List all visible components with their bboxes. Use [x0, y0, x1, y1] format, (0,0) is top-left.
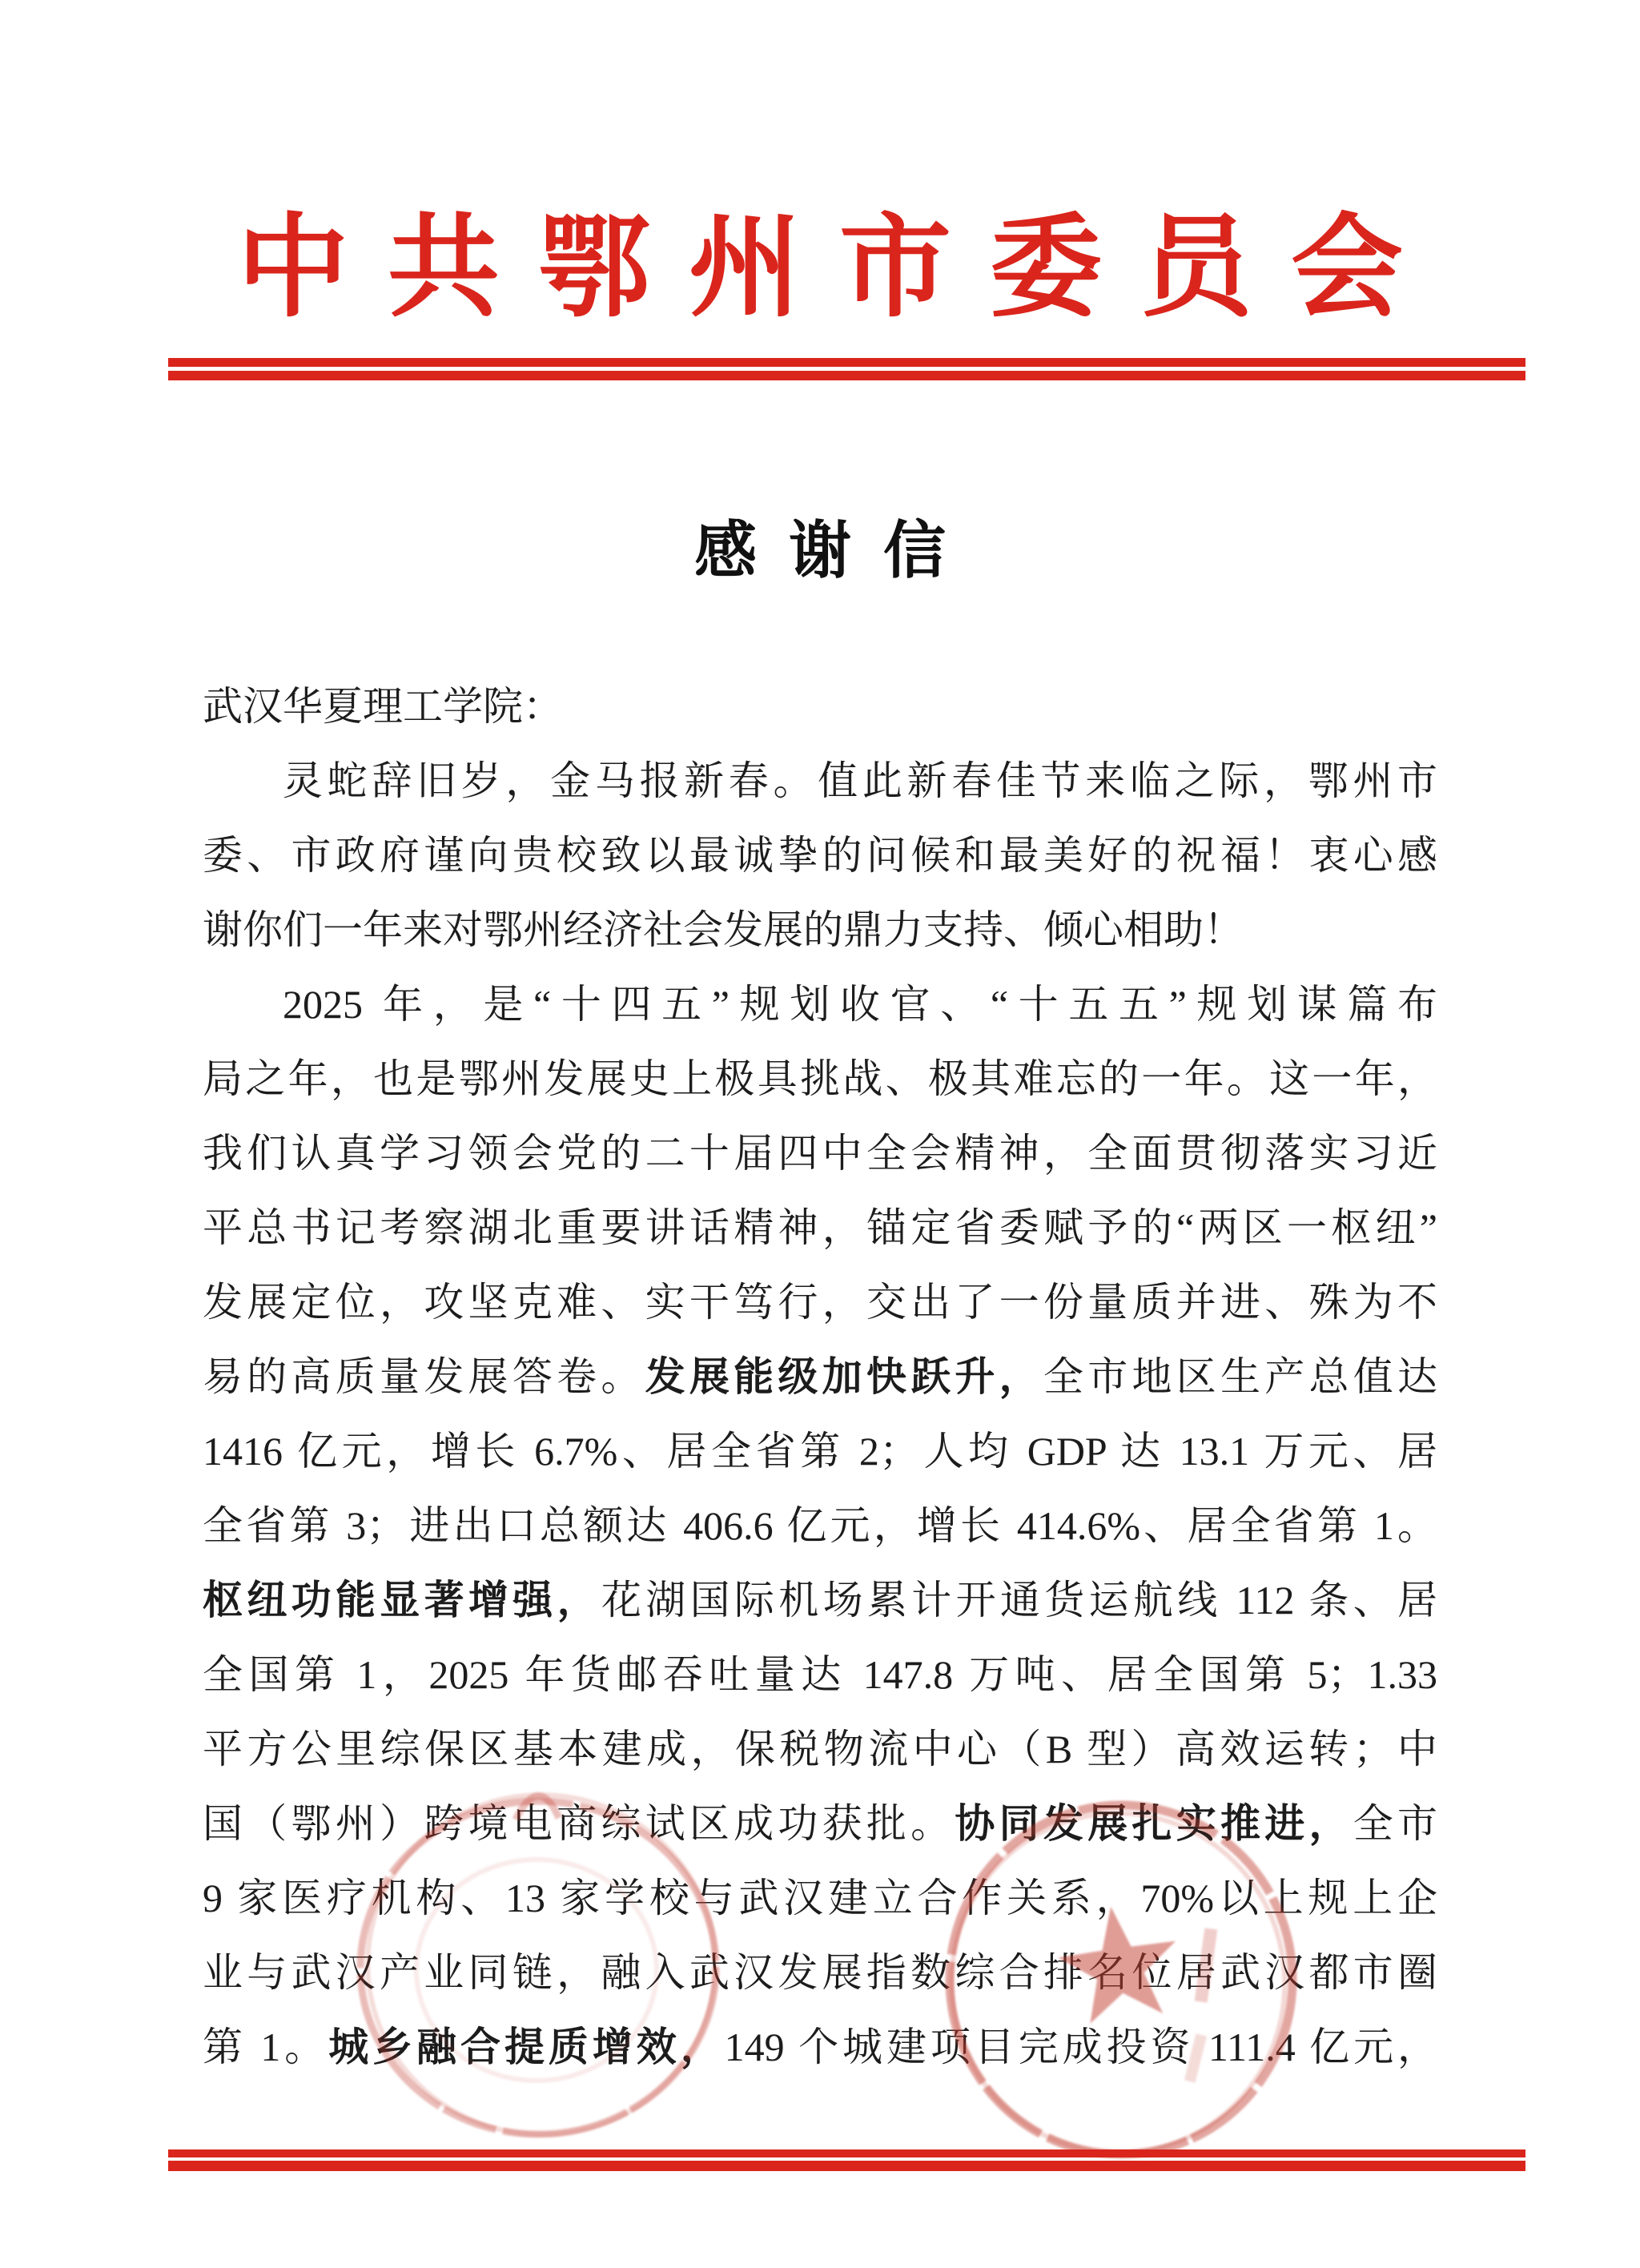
- text-run: 平总书记考察湖北重要讲话精神，锚定省委赋予的“两区一枢纽”: [203, 1205, 1437, 1250]
- text-run: 谢你们一年来对鄂州经济社会发展的鼎力支持、倾心相助！: [203, 907, 1244, 952]
- body-line: 全国第 1，2025 年货邮吞吐量达 147.8 万吨、居全国第 5；1.33: [203, 1638, 1437, 1712]
- scanned-letter-page: 中共鄂州市委员会 感谢信 武汉华夏理工学院：灵蛇辞旧岁，金马报新春。值此新春佳节…: [0, 0, 1640, 2268]
- rule-line-upper: [168, 2149, 1525, 2157]
- bold-run: 发展能级加快跃升，: [645, 1354, 1043, 1399]
- body-line: 全省第 3；进出口总额达 406.6 亿元，增长 414.6%、居全省第 1。: [203, 1489, 1437, 1563]
- body-line: 发展定位，攻坚克难、实干笃行，交出了一份量质并进、殊为不: [203, 1265, 1437, 1340]
- text-run: 全省第 3；进出口总额达 406.6 亿元，增长 414.6%、居全省第 1。: [203, 1503, 1437, 1548]
- text-run: 易的高质量发展答卷。: [203, 1354, 645, 1399]
- body-line: 我们认真学习领会党的二十届四中全会精神，全面贯彻落实习近: [203, 1116, 1437, 1191]
- text-run: 发展定位，攻坚克难、实干笃行，交出了一份量质并进、殊为不: [203, 1280, 1437, 1325]
- text-run: 全国第 1，2025 年货邮吞吐量达 147.8 万吨、居全国第 5；1.33: [203, 1652, 1437, 1697]
- letterhead-org-name: 中共鄂州市委员会: [0, 207, 1640, 332]
- text-run: 灵蛇辞旧岁，金马报新春。值此新春佳节来临之际，鄂州市: [283, 758, 1437, 803]
- text-run: 全市: [1353, 1801, 1437, 1846]
- text-run: 武汉华夏理工学院：: [203, 684, 563, 729]
- text-run: 全市地区生产总值达: [1043, 1354, 1437, 1399]
- rule-line-upper: [168, 358, 1525, 367]
- body-line: 委、市政府谨向贵校致以最诚挚的问候和最美好的祝福！衷心感: [203, 818, 1437, 893]
- text-run: 花湖国际机场累计开通货运航线 112 条、居: [601, 1578, 1437, 1623]
- round-official-seal-star-icon: [935, 1794, 1312, 2170]
- body-line: 平总书记考察湖北重要讲话精神，锚定省委赋予的“两区一枢纽”: [203, 1191, 1437, 1265]
- text-run: 2025 年，是“十四五”规划收官、“十五五”规划谋篇布: [283, 982, 1437, 1027]
- body-line: 1416 亿元，增长 6.7%、居全省第 2；人均 GDP 达 13.1 万元、…: [203, 1414, 1437, 1489]
- text-run: 1416 亿元，增长 6.7%、居全省第 2；人均 GDP 达 13.1 万元、…: [203, 1429, 1437, 1474]
- text-run: 第 1。: [203, 2025, 328, 2069]
- footer-double-rule: [168, 2149, 1525, 2171]
- body-line: 谢你们一年来对鄂州经济社会发展的鼎力支持、倾心相助！: [203, 893, 1437, 967]
- rule-line-lower: [168, 2161, 1525, 2171]
- letterhead-double-rule: [168, 358, 1525, 380]
- text-run: 委、市政府谨向贵校致以最诚挚的问候和最美好的祝福！衷心感: [203, 833, 1437, 878]
- rule-line-lower: [168, 371, 1525, 380]
- round-official-seal-icon: [344, 1770, 745, 2170]
- seal-star-icon: [1052, 1898, 1186, 2026]
- text-run: 我们认真学习领会党的二十届四中全会精神，全面贯彻落实习近: [203, 1131, 1437, 1176]
- body-line: 易的高质量发展答卷。发展能级加快跃升，全市地区生产总值达: [203, 1340, 1437, 1414]
- text-run: 平方公里综保区基本建成，保税物流中心（B 型）高效运转；中: [203, 1727, 1437, 1771]
- text-run: 局之年，也是鄂州发展史上极具挑战、极其难忘的一年。这一年，: [203, 1056, 1437, 1101]
- body-line: 2025 年，是“十四五”规划收官、“十五五”规划谋篇布: [203, 967, 1437, 1042]
- body-line: 枢纽功能显著增强，花湖国际机场累计开通货运航线 112 条、居: [203, 1563, 1437, 1638]
- bold-run: 枢纽功能显著增强，: [203, 1578, 601, 1623]
- body-line: 局之年，也是鄂州发展史上极具挑战、极其难忘的一年。这一年，: [203, 1042, 1437, 1116]
- body-line: 灵蛇辞旧岁，金马报新春。值此新春佳节来临之际，鄂州市: [203, 744, 1437, 818]
- document-title: 感谢信: [0, 514, 1640, 588]
- body-line: 武汉华夏理工学院：: [203, 670, 1437, 744]
